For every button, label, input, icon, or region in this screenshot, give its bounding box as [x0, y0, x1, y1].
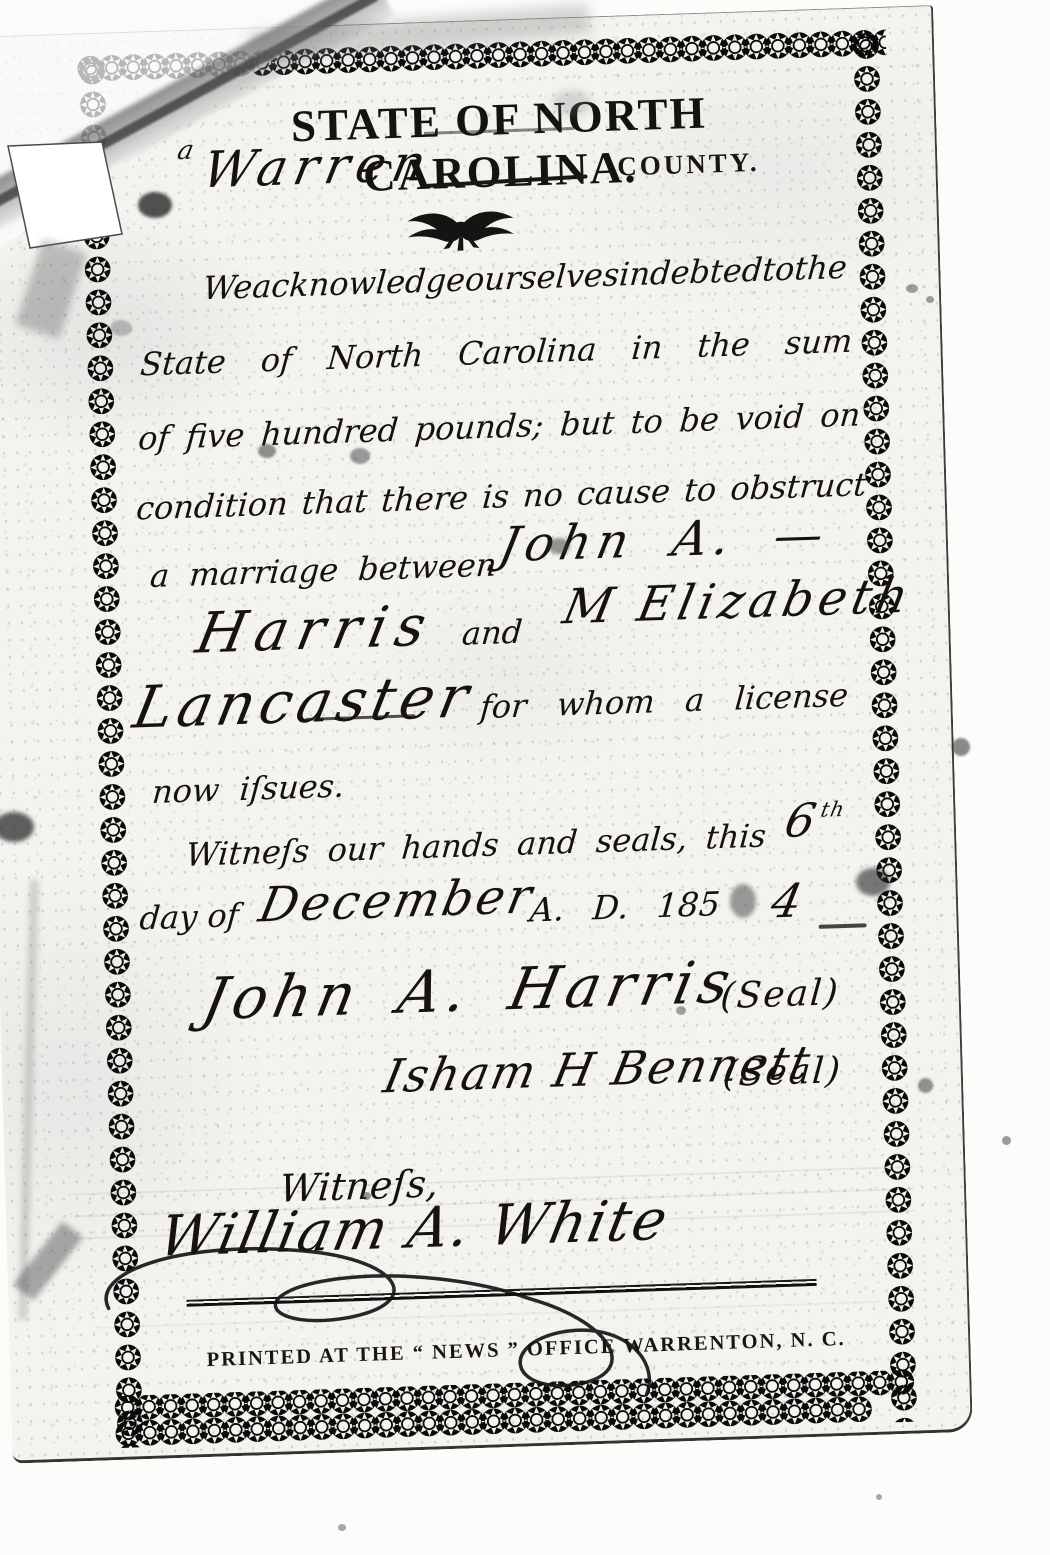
- seal-label-2: (Seal): [721, 1050, 843, 1095]
- day-ordinal-suffix: th: [819, 797, 848, 822]
- year-printed: A. D. 185: [528, 884, 721, 929]
- conjunction-and: and: [461, 613, 524, 653]
- folded-corner-notch: [0, 130, 140, 260]
- bride-name-handwritten: M Elizabeth: [558, 568, 918, 636]
- groom-name-handwritten: John A. —: [494, 506, 834, 573]
- day-of-label: day of: [138, 896, 240, 937]
- county-label: COUNTY.: [617, 147, 760, 183]
- bride-surname-handwritten: Lancaster: [128, 662, 479, 742]
- groom-surname-handwritten: Harris: [191, 593, 441, 666]
- now-issues-phrase: now iſsues.: [151, 767, 346, 811]
- document-skew-wrapper: ❂❂❂❂❂❂❂❂❂❂❂❂❂❂❂❂❂❂❂❂❂❂❂❂❂❂❂❂❂❂❂❂❂❂❂❂❂❂❂❂…: [0, 0, 1050, 1554]
- county-name-handwritten: Warren: [198, 133, 438, 199]
- seal-label-1: (Seal): [719, 972, 841, 1017]
- month-handwritten: December: [254, 868, 539, 933]
- scanned-marriage-bond-page: ❂❂❂❂❂❂❂❂❂❂❂❂❂❂❂❂❂❂❂❂❂❂❂❂❂❂❂❂❂❂❂❂❂❂❂❂❂❂❂❂…: [0, 0, 1050, 1555]
- signature-flourish: [95, 1215, 760, 1422]
- eagle-ornament-icon: [404, 205, 517, 253]
- day-number-handwritten: 6th: [780, 792, 848, 848]
